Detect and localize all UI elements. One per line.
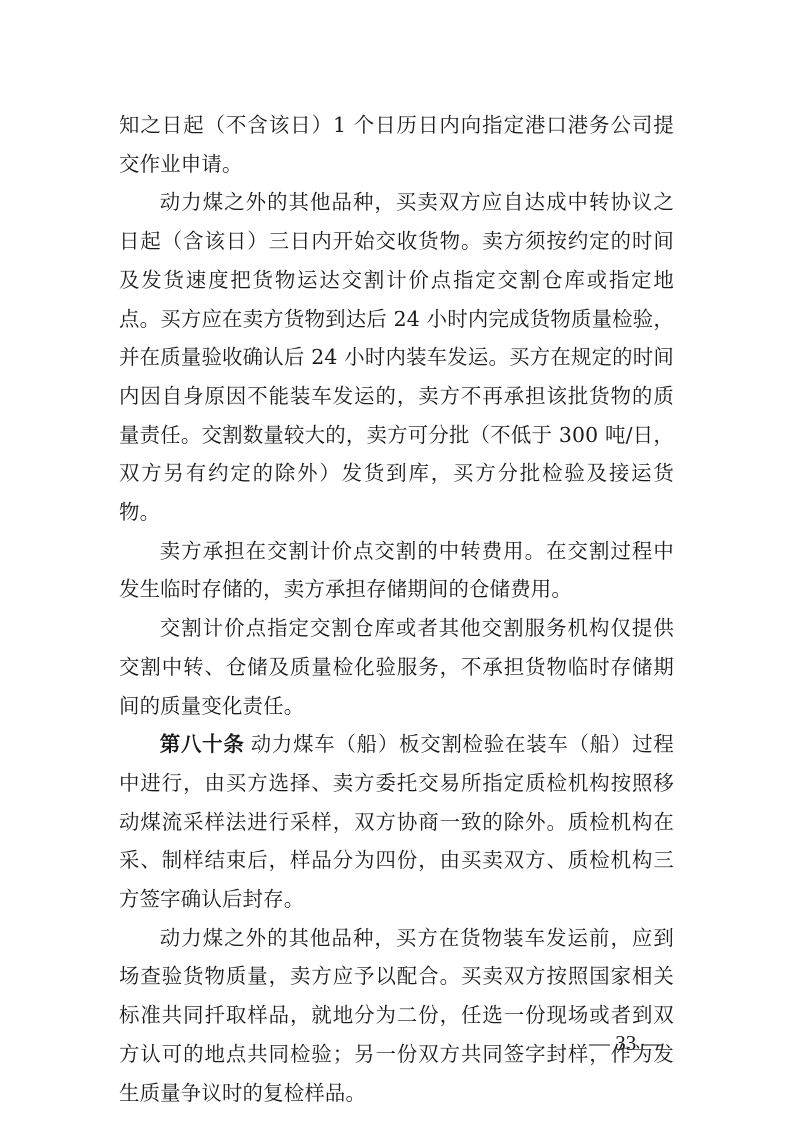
article-number: 第八十条 — [160, 732, 245, 756]
paragraph-text: 动力煤之外的其他品种，买卖双方应自达成中转协议之日起（含该日）三日内开始交收货物… — [119, 190, 674, 524]
document-page: 知之日起（不含该日）1 个日历日内向指定港口港务公司提交作业申请。 动力煤之外的… — [119, 106, 674, 1112]
paragraph-text: 知之日起（不含该日）1 个日历日内向指定港口港务公司提交作业申请。 — [119, 113, 674, 176]
paragraph-text: 动力煤之外的其他品种，买方在货物装车发运前，应到场查验货物质量，卖方应予以配合。… — [119, 926, 674, 1105]
paragraph-other-varieties-inspection: 动力煤之外的其他品种，买方在货物装车发运前，应到场查验货物质量，卖方应予以配合。… — [119, 919, 674, 1113]
paragraph-text: 交割计价点指定交割仓库或者其他交割服务机构仅提供交割中转、仓储及质量检化验服务，… — [119, 616, 674, 717]
paragraph-text: 动力煤车（船）板交割检验在装车（船）过程中进行，由买方选择、卖方委托交易所指定质… — [119, 732, 674, 911]
paragraph-article-80: 第八十条动力煤车（船）板交割检验在装车（船）过程中进行，由买方选择、卖方委托交易… — [119, 725, 674, 919]
page-number: — 33 — — [589, 1031, 663, 1056]
paragraph-warehouse-liability: 交割计价点指定交割仓库或者其他交割服务机构仅提供交割中转、仓储及质量检化验服务，… — [119, 609, 674, 725]
paragraph-transit-costs: 卖方承担在交割计价点交割的中转费用。在交割过程中发生临时存储的，卖方承担存储期间… — [119, 532, 674, 609]
paragraph-continuation: 知之日起（不含该日）1 个日历日内向指定港口港务公司提交作业申请。 — [119, 106, 674, 183]
paragraph-other-varieties-delivery: 动力煤之外的其他品种，买卖双方应自达成中转协议之日起（含该日）三日内开始交收货物… — [119, 183, 674, 531]
paragraph-text: 卖方承担在交割计价点交割的中转费用。在交割过程中发生临时存储的，卖方承担存储期间… — [119, 539, 674, 602]
